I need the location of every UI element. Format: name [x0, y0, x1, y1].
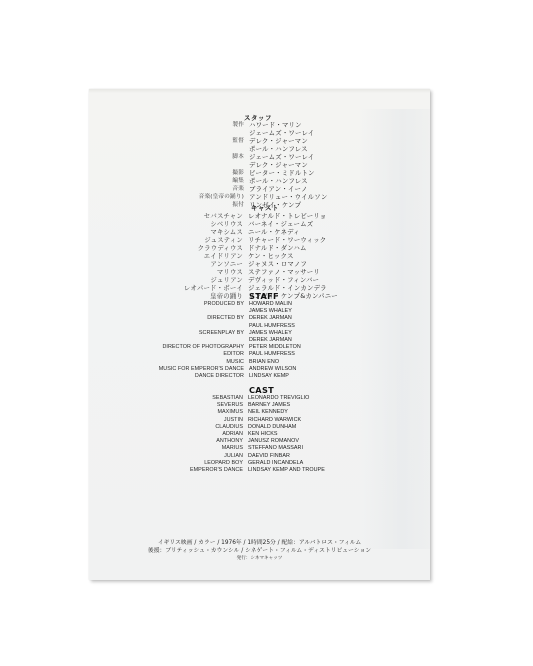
credit-row: アンソニージャヌス・ロマノフ — [181, 260, 338, 268]
staff-en-heading: STAFF — [249, 291, 279, 301]
credit-name: バーネイ・ジェームズ — [248, 220, 313, 228]
credit-role: クラウディウス — [181, 244, 248, 252]
credit-name: BRIAN ENO — [249, 359, 279, 366]
credit-row: DANCE DIRECTORLINDSAY KEMP — [139, 373, 301, 380]
cast-jp-list: セバスチャンレオナルド・トレビーリョシベリウスバーネイ・ジェームズマキシムスニー… — [181, 212, 338, 300]
credit-name: STEFFANO MASSARI — [248, 445, 303, 452]
credit-name: GERALD INCANDELA — [248, 460, 303, 467]
credit-name: ケン・ヒックス — [248, 252, 294, 260]
credit-role: DIRECTOR OF PHOTOGRAPHY — [139, 344, 249, 351]
credit-row: 音楽(皇帝の踊り)アンドリュー・ウイルソン — [196, 193, 327, 201]
cast-en-list: SEBASTIANLEONARDO TREVIGLIOSEVERUSBARNEY… — [149, 395, 325, 474]
credit-row: EDITORPAUL HUMFRESS — [139, 351, 301, 358]
publication-footer: イギリス映画 / カラー / 1976年 / 1時間25分 / 配給：アルバトロ… — [89, 540, 430, 562]
credit-row: 監督デレク・ジャーマン — [196, 137, 327, 145]
credit-row: JULIANDAEVID FINBAR — [149, 453, 325, 460]
credit-name: デヴィッド・フィンバー — [248, 276, 319, 284]
credit-name: DEREK JARMAN — [249, 337, 292, 344]
credit-row: クラウディウスドナルド・ダンハム — [181, 244, 338, 252]
credit-name: ハワード・マリン — [249, 121, 302, 129]
credit-role — [196, 129, 249, 137]
credit-role: ADRIAN — [149, 431, 248, 438]
credit-row: SEBASTIANLEONARDO TREVIGLIO — [149, 395, 325, 402]
credit-role: 製作 — [196, 121, 249, 129]
credit-role — [196, 161, 249, 169]
credit-name: KEN HICKS — [248, 431, 278, 438]
credit-row: マリウスステファノ・マッサーリ — [181, 268, 338, 276]
credit-role: LEOPARD BOY — [149, 460, 248, 467]
credit-name: DAEVID FINBAR — [248, 453, 290, 460]
credit-name: レオナルド・トレビーリョ — [248, 212, 326, 220]
credit-role: マキシムス — [181, 228, 248, 236]
credit-row: デレク・ジャーマン — [196, 161, 327, 169]
credit-name: ドナルド・ダンハム — [248, 244, 307, 252]
credit-name: NEIL KENNEDY — [248, 409, 288, 416]
credit-name: PAUL HUMFRESS — [249, 351, 295, 358]
credit-role: マリウス — [181, 268, 248, 276]
credit-row: EMPEROR'S DANCELINDSAY KEMP AND TROUPE — [149, 467, 325, 474]
credit-row: MARIUSSTEFFANO MASSARI — [149, 445, 325, 452]
credit-role: SCREENPLAY BY — [139, 330, 249, 337]
credit-row: SCREENPLAY BYJAMES WHALEY — [139, 330, 301, 337]
credit-role: ジュリアン — [181, 276, 248, 284]
credit-role: SEVERUS — [149, 402, 248, 409]
credit-name: DEREK JARMAN — [249, 315, 292, 322]
staff-jp-list: 製作ハワード・マリンジェームズ・ワーレイ監督デレク・ジャーマンポール・ハンフレス… — [196, 121, 327, 209]
credit-name: デレク・ジャーマン — [249, 161, 308, 169]
credit-row: PAUL HUMFRESS — [139, 323, 301, 330]
credit-row: JAMES WHALEY — [139, 308, 301, 315]
credit-row: CLAUDIUSDONALD DUNHAM — [149, 424, 325, 431]
credit-role — [139, 308, 249, 315]
credit-name: BARNEY JAMES — [248, 402, 290, 409]
credit-name: ピーター・ミドルトン — [249, 169, 315, 177]
credit-name: ジェームズ・ワーレイ — [249, 153, 314, 161]
credit-name: LINDSAY KEMP AND TROUPE — [248, 467, 325, 474]
credit-role: SEBASTIAN — [149, 395, 248, 402]
credit-row: マキシムスニール・ケネディ — [181, 228, 338, 236]
credit-name: JAMES WHALEY — [249, 308, 292, 315]
credit-role: 音楽 — [196, 185, 249, 193]
footer-film-info: イギリス映画 / カラー / 1976年 / 1時間25分 / 配給：アルバトロ… — [89, 540, 430, 548]
credit-name: ブライアン・イーノ — [249, 185, 308, 193]
credit-row: ANTHONYJANUSZ ROMANOV — [149, 438, 325, 445]
credit-name: LINDSAY KEMP — [249, 373, 289, 380]
credit-row: DIRECTED BYDEREK JARMAN — [139, 315, 301, 322]
footer-sponsor: 後援：ブリティッシュ・カウンシル / シネゲート・フィルム・ディストリビューショ… — [89, 548, 430, 556]
credit-name: ジェームズ・ワーレイ — [249, 129, 314, 137]
credit-row: シベリウスバーネイ・ジェームズ — [181, 220, 338, 228]
staff-en-list: PRODUCED BYHOWARD MALINJAMES WHALEYDIREC… — [139, 301, 301, 380]
credit-row: JUSTINRICHARD WARWICK — [149, 417, 325, 424]
credit-row: LEOPARD BOYGERALD INCANDELA — [149, 460, 325, 467]
credit-role: 監督 — [196, 137, 249, 145]
credit-role: EMPEROR'S DANCE — [149, 467, 248, 474]
credit-role: ジュスティン — [181, 236, 248, 244]
credit-role: 撮影 — [196, 169, 249, 177]
credit-row: ジェームズ・ワーレイ — [196, 129, 327, 137]
credit-name: PETER MIDDLETON — [249, 344, 301, 351]
credit-role: EDITOR — [139, 351, 249, 358]
credit-role: MAXIMUS — [149, 409, 248, 416]
credit-name: PAUL HUMFRESS — [249, 323, 295, 330]
credit-role: MARIUS — [149, 445, 248, 452]
credit-row: DEREK JARMAN — [139, 337, 301, 344]
credit-role: アンソニー — [181, 260, 248, 268]
credit-role: DIRECTED BY — [139, 315, 249, 322]
credit-name: ステファノ・マッサーリ — [248, 268, 320, 276]
credit-name: JAMES WHALEY — [249, 330, 292, 337]
credit-row: 撮影ピーター・ミドルトン — [196, 169, 327, 177]
credit-row: MAXIMUSNEIL KENNEDY — [149, 409, 325, 416]
credit-role: MUSIC FOR EMPEROR'S DANCE — [139, 366, 249, 373]
credit-row: セバスチャンレオナルド・トレビーリョ — [181, 212, 338, 220]
credit-row: SEVERUSBARNEY JAMES — [149, 402, 325, 409]
credit-row: エイドリアンケン・ヒックス — [181, 252, 338, 260]
credit-row: DIRECTOR OF PHOTOGRAPHYPETER MIDDLETON — [139, 344, 301, 351]
credit-row: ADRIANKEN HICKS — [149, 431, 325, 438]
credit-role: レオパード・ボーイ — [181, 284, 248, 292]
credit-row: 脚本ジェームズ・ワーレイ — [196, 153, 327, 161]
credit-name: ジャヌス・ロマノフ — [248, 260, 307, 268]
credit-role: DANCE DIRECTOR — [139, 373, 249, 380]
credit-role: MUSIC — [139, 359, 249, 366]
credit-name: JANUSZ ROMANOV — [248, 438, 299, 445]
credit-name: LEONARDO TREVIGLIO — [248, 395, 309, 402]
credit-role: 音楽(皇帝の踊り) — [196, 193, 249, 201]
credit-name: DONALD DUNHAM — [248, 424, 296, 431]
credit-name: ポール・ハンフレス — [249, 177, 308, 185]
credit-name: ニール・ケネディ — [248, 228, 300, 236]
credit-name: RICHARD WARWICK — [248, 417, 301, 424]
credit-role — [196, 145, 249, 153]
credit-role: 編集 — [196, 177, 249, 185]
credit-role: PRODUCED BY — [139, 301, 249, 308]
credit-row: 音楽ブライアン・イーノ — [196, 185, 327, 193]
credit-role: 皇帝の踊り — [181, 292, 248, 300]
credit-role: ANTHONY — [149, 438, 248, 445]
credit-name: アンドリュー・ウイルソン — [249, 193, 327, 201]
credit-name: リチャード・ワーウィック — [248, 236, 326, 244]
credit-role: シベリウス — [181, 220, 248, 228]
cast-en-heading: CAST — [249, 385, 274, 395]
credit-role: 脚本 — [196, 153, 249, 161]
cast-jp-heading: キャスト — [251, 203, 279, 212]
credit-row: MUSIC FOR EMPEROR'S DANCEANDREW WILSON — [139, 366, 301, 373]
credit-role: JUSTIN — [149, 417, 248, 424]
credit-row: 編集ポール・ハンフレス — [196, 177, 327, 185]
credit-row: ポール・ハンフレス — [196, 145, 327, 153]
credit-role: 振付 — [196, 201, 249, 209]
credit-name: デレク・ジャーマン — [249, 137, 308, 145]
credit-name: ポール・ハンフレス — [249, 145, 308, 153]
credit-row: 製作ハワード・マリン — [196, 121, 327, 129]
credit-row: PRODUCED BYHOWARD MALIN — [139, 301, 301, 308]
credit-role: セバスチャン — [181, 212, 248, 220]
credit-role: JULIAN — [149, 453, 248, 460]
credit-role — [139, 337, 249, 344]
credit-row: ジュスティンリチャード・ワーウィック — [181, 236, 338, 244]
credit-name: ANDREW WILSON — [249, 366, 296, 373]
credit-role: エイドリアン — [181, 252, 248, 260]
credit-role: CLAUDIUS — [149, 424, 248, 431]
footer-publisher: 発行：シネマキャッツ — [89, 555, 430, 562]
credit-row: ジュリアンデヴィッド・フィンバー — [181, 276, 338, 284]
credit-name: HOWARD MALIN — [249, 301, 292, 308]
credit-row: MUSICBRIAN ENO — [139, 359, 301, 366]
credit-role — [139, 323, 249, 330]
credits-page: スタッフ 製作ハワード・マリンジェームズ・ワーレイ監督デレク・ジャーマンポール・… — [89, 89, 430, 580]
